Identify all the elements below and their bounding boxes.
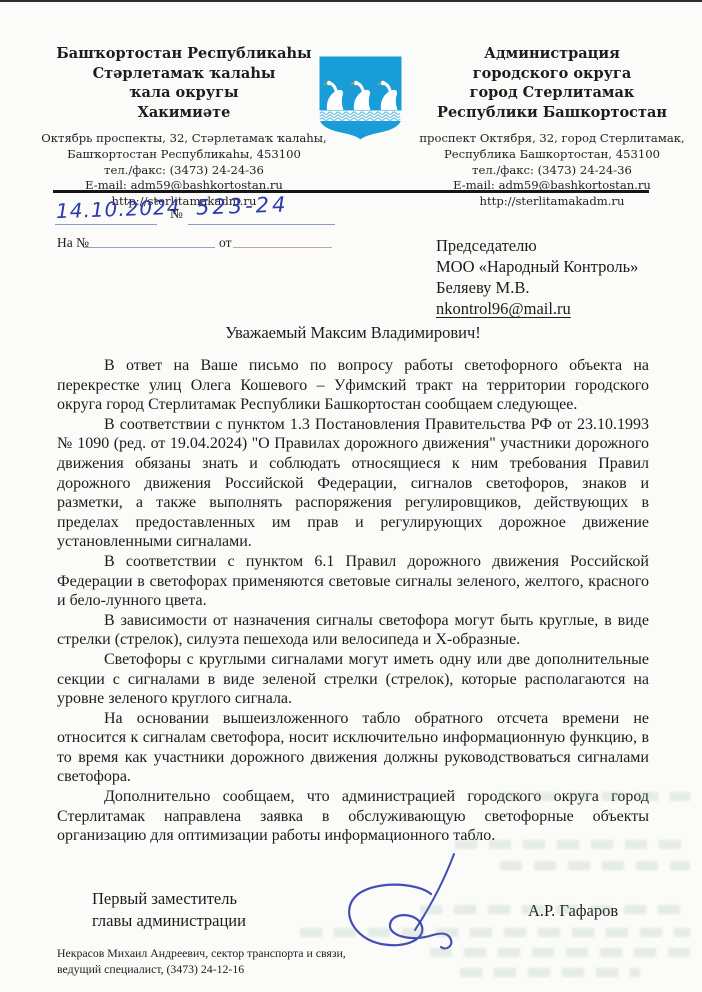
- reply-date-underline: [233, 247, 332, 248]
- org-name-line: Хакимиәте: [138, 103, 231, 123]
- addressee-title: Председателю: [436, 235, 638, 256]
- bleed-through-artifact: [500, 792, 690, 801]
- coat-of-arms-emblem: [318, 55, 403, 141]
- addressee-block: Председателю МОО «Народный Контроль» Бел…: [436, 235, 638, 319]
- org-name-line: Башҡортостан Республикаһы: [56, 44, 311, 64]
- salutation: Уважаемый Максим Владимирович!: [57, 323, 649, 343]
- org-name-line: городского округа: [473, 64, 631, 84]
- body-paragraph: В соответствии с пунктом 6.1 Правил доро…: [57, 552, 649, 611]
- number-sign-label: №: [170, 206, 183, 222]
- handwritten-outgoing-number: 523-24: [196, 192, 289, 219]
- date-underline: [55, 224, 157, 225]
- phone-line: тел./факс: (3473) 24-24-36: [104, 163, 264, 179]
- phone-line: тел./факс: (3473) 24-24-36: [472, 163, 632, 179]
- body-paragraph: В ответ на Ваше письмо по вопросу работы…: [57, 356, 649, 415]
- bleed-through-artifact: [300, 928, 690, 937]
- bleed-through-artifact: [420, 905, 690, 914]
- body-paragraph: В соответствии с пунктом 1.3 Постановлен…: [57, 415, 649, 552]
- org-name-line: Администрация: [484, 44, 620, 64]
- executor-footer: Некрасов Михаил Андреевич, сектор трансп…: [57, 946, 346, 977]
- addressee-organization: МОО «Народный Контроль»: [436, 256, 638, 277]
- signer-position: Первый заместитель главы администрации: [92, 888, 246, 932]
- addressee-name: Беляеву М.В.: [436, 277, 638, 298]
- address-line: Октябрь проспекты, 32, Стәрлетамаҡ ҡалаһ…: [41, 131, 326, 147]
- org-address-block: проспект Октября, 32, город Стерлитамак,…: [419, 131, 684, 210]
- scanned-letter-page: Башҡортостан Республикаһы Стәрлетамаҡ ҡа…: [0, 0, 702, 992]
- letterhead-russian-column: Администрация городского округа город Ст…: [424, 44, 680, 210]
- bleed-through-artifact: [460, 968, 640, 977]
- address-line: Башҡортостан Республикаһы, 453100: [67, 147, 301, 163]
- bleed-through-artifact: [430, 948, 690, 957]
- bleed-through-artifact: [455, 840, 690, 849]
- letterhead-divider-rule: [53, 190, 649, 193]
- handwritten-date: 14.10.2024: [56, 195, 181, 223]
- executor-phone-line: ведущий специалист, (3473) 24-12-16: [57, 962, 346, 978]
- org-name-line: ҡала округы: [129, 83, 238, 103]
- body-paragraph: На основании вышеизложенного табло обрат…: [57, 709, 649, 787]
- addressee-email: nkontrol96@mail.ru: [436, 298, 638, 319]
- reply-from-label: от: [219, 235, 231, 251]
- body-paragraph: Светофоры с круглыми сигналами могут име…: [57, 650, 649, 709]
- letterhead-bashkir-column: Башҡортостан Республикаһы Стәрлетамаҡ ҡа…: [56, 44, 312, 210]
- scan-edge-artifact: [0, 0, 702, 2]
- body-paragraph: В зависимости от назначения сигналы свет…: [57, 611, 649, 650]
- signer-position-line: Первый заместитель: [92, 888, 246, 910]
- address-line: Республика Башкортостан, 453100: [444, 147, 660, 163]
- executor-name-line: Некрасов Михаил Андреевич, сектор трансп…: [57, 946, 346, 962]
- signer-position-line: главы администрации: [92, 910, 246, 932]
- org-name-line: Республики Башкортостан: [437, 103, 667, 123]
- letter-body: В ответ на Ваше письмо по вопросу работы…: [57, 356, 649, 846]
- reply-to-number-label: На №: [57, 235, 89, 251]
- address-line: проспект Октября, 32, город Стерлитамак,: [419, 131, 684, 147]
- number-underline: [188, 224, 335, 225]
- org-name-line: город Стерлитамак: [470, 83, 635, 103]
- org-name-line: Стәрлетамаҡ ҡалаһы: [93, 64, 276, 84]
- reply-number-underline: [83, 247, 215, 248]
- bleed-through-artifact: [500, 861, 690, 870]
- website-line: http://sterlitamakadm.ru: [480, 194, 625, 210]
